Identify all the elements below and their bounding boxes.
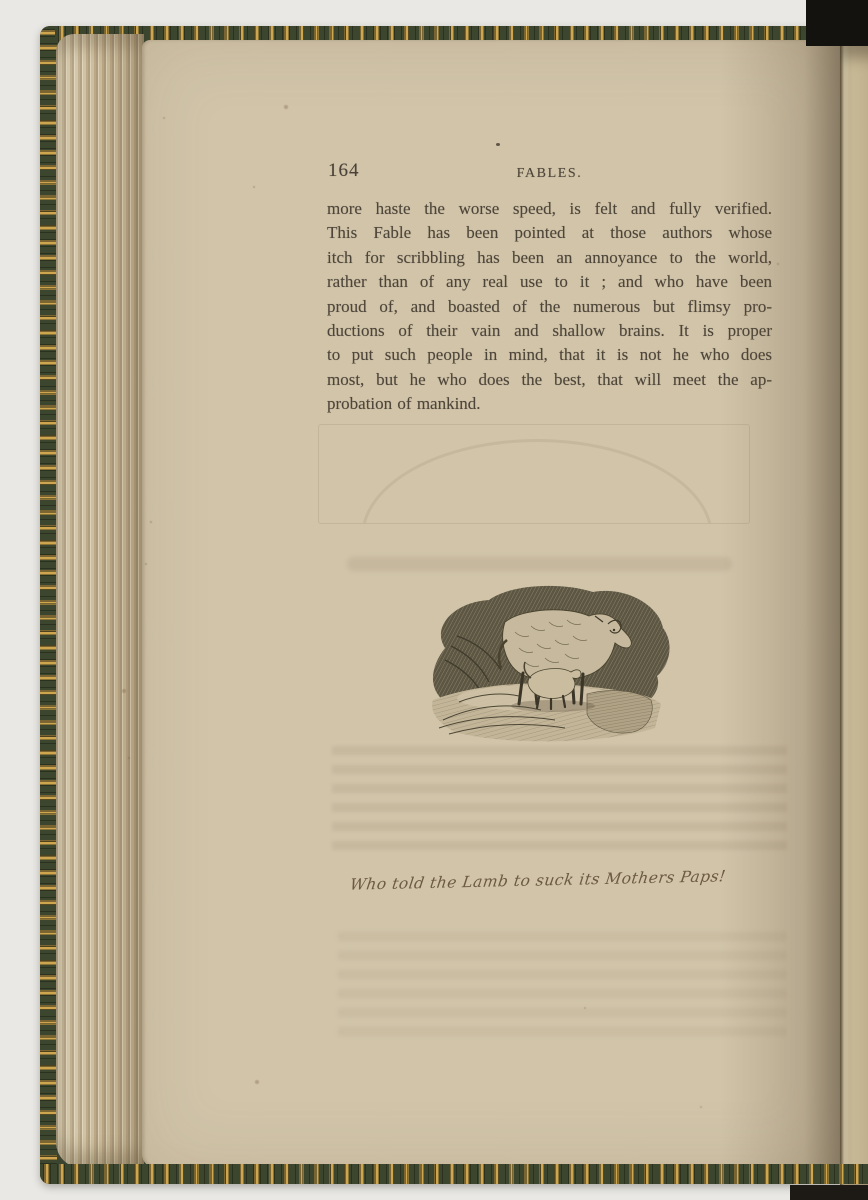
body-line: proud of, and boasted of the numerous bu… xyxy=(327,295,772,319)
handwritten-caption: Who told the Lamb to suck its Mothers Pa… xyxy=(349,866,771,894)
book-page: 164 FABLES. more haste the worse speed, … xyxy=(142,40,840,1168)
ewe-lamb-engraving xyxy=(415,582,677,754)
gutter-shadow xyxy=(720,40,840,1168)
cover-board-corner-top xyxy=(806,0,868,46)
body-line: This Fable has been pointed at those aut… xyxy=(327,221,772,245)
show-through-title xyxy=(347,557,732,571)
show-through-paragraph xyxy=(338,932,786,1040)
bottom-gilt-edge xyxy=(40,1164,868,1184)
body-line: probation of mankind. xyxy=(327,392,772,416)
body-line: rather than of any real use to it ; and … xyxy=(327,270,772,294)
foxing-spots xyxy=(40,26,42,28)
body-line: ductions of their vain and shallow brain… xyxy=(327,319,772,343)
cover-board-corner-bottom xyxy=(790,1185,868,1200)
running-header: FABLES. xyxy=(327,166,772,182)
book: 164 FABLES. more haste the worse speed, … xyxy=(40,26,868,1184)
body-text: more haste the worse speed, is felt and … xyxy=(327,197,772,417)
body-line: itch for scribbling has been an annoyanc… xyxy=(327,246,772,270)
body-line: most, but he who does the best, that wil… xyxy=(327,368,772,392)
facing-page-sliver xyxy=(840,40,868,1196)
show-through-frame xyxy=(318,424,750,524)
show-through-paragraph xyxy=(332,746,787,858)
ink-dot-mark xyxy=(496,143,500,146)
body-line: to put such people in mind, that it is n… xyxy=(327,343,772,367)
spine-gilt-edge xyxy=(40,26,57,1184)
photo-background: 164 FABLES. more haste the worse speed, … xyxy=(0,0,868,1200)
body-line: more haste the worse speed, is felt and … xyxy=(327,197,772,221)
page-edges-stack xyxy=(56,34,144,1168)
